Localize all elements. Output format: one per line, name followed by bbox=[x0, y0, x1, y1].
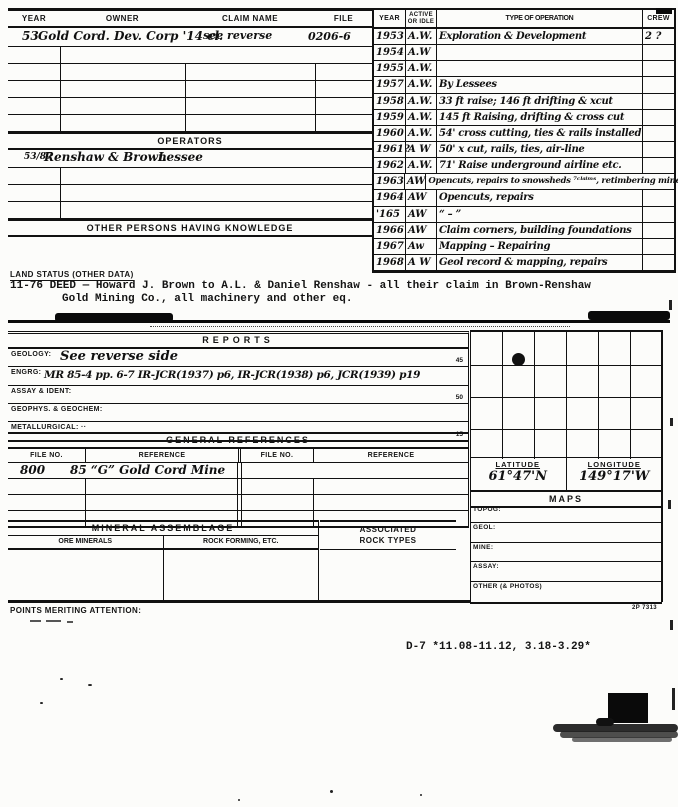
ops-row-1966: 1966 AW Claim corners, building foundati… bbox=[374, 223, 674, 239]
reference-empty-row bbox=[8, 479, 468, 495]
ops-row-1954: 1954 A.W bbox=[374, 45, 674, 61]
scan-artifact bbox=[150, 326, 570, 327]
file-no-header: FILE NO. bbox=[8, 449, 85, 462]
ops-operation: 50' x cut, rails, ties, air-line bbox=[437, 142, 642, 157]
ops-status: A.W bbox=[406, 45, 436, 60]
mineral-assemblage-headers: ORE MINERALS ROCK FORMING, ETC. bbox=[8, 535, 318, 550]
operator-name-value: Renshaw & Brown bbox=[44, 150, 167, 164]
general-references-section: GENERAL REFERENCES FILE NO. REFERENCE FI… bbox=[8, 432, 469, 528]
ops-operation: 33 ft raise; 146 ft drifting & xcut bbox=[437, 94, 642, 109]
scan-artifact bbox=[572, 737, 672, 742]
engrg-value: MR 85-4 pp. 6-7 IR-JCR(1937) p6, IR-JCR(… bbox=[44, 369, 420, 381]
operator-entry-row: 53/87 Renshaw & Brown Lessee bbox=[8, 150, 372, 168]
land-status-line1: 11-76 DEED — Howard J. Brown to A.L. & D… bbox=[10, 280, 591, 292]
year-col-header: YEAR bbox=[8, 14, 60, 23]
scan-artifact bbox=[608, 693, 648, 723]
owner-name-value: Gold Cord. Dev. Corp '14 cl. bbox=[38, 29, 223, 43]
operations-table-header: YEAR ACTIVE OR IDLE TYPE OF OPERATION CR… bbox=[374, 10, 674, 29]
scan-artifact bbox=[40, 702, 43, 704]
owner-empty-row bbox=[8, 98, 372, 115]
ops-operation: Exploration & Development bbox=[437, 29, 642, 44]
ops-year: 1963 bbox=[374, 174, 404, 189]
owner-col-header: OWNER bbox=[60, 14, 185, 23]
scan-artifact bbox=[46, 620, 61, 622]
file-no-header: FILE NO. bbox=[238, 449, 313, 462]
reference-header: REFERENCE bbox=[85, 449, 238, 462]
scan-artifact bbox=[670, 620, 673, 630]
operator-empty-row bbox=[8, 168, 372, 185]
ops-status: A W bbox=[406, 142, 436, 157]
scan-artifact bbox=[420, 794, 422, 796]
ops-year: 1959 bbox=[374, 110, 405, 125]
claim-col-header: CLAIM NAME bbox=[185, 14, 315, 23]
longitude-cell: LONGITUDE 149°17'W bbox=[566, 458, 663, 491]
scan-artifact bbox=[88, 684, 92, 686]
file-col-header: FILE bbox=[315, 14, 372, 23]
ops-row-1963: 1963 AW Opencuts, repairs to snowsheds ⁷… bbox=[374, 174, 674, 190]
reference-file-no-value: 800 bbox=[20, 463, 45, 477]
ops-row-1958: 1958 A.W. 33 ft raise; 146 ft drifting &… bbox=[374, 94, 674, 110]
map-row-other: OTHER (& PHOTOS) bbox=[470, 581, 662, 604]
ops-operation: 71' Raise underground airline etc. bbox=[437, 158, 642, 173]
ops-operation: By Lessees bbox=[437, 77, 642, 92]
ops-status: Aw bbox=[406, 239, 436, 254]
ops-type-header: TYPE OF OPERATION bbox=[506, 15, 574, 22]
map-row-geol: GEOL: bbox=[470, 522, 662, 543]
map-row-mine: MINE: bbox=[470, 542, 662, 562]
topog-label: TOPOG: bbox=[470, 504, 662, 513]
mineral-assemblage-body bbox=[8, 550, 318, 602]
section-divider bbox=[8, 600, 470, 603]
ops-status: AW bbox=[406, 190, 436, 205]
ops-row-1957: 1957 A.W. By Lessees bbox=[374, 77, 674, 93]
ops-year: 1968 bbox=[374, 255, 405, 270]
coordinates-section: LATITUDE 61°47'N LONGITUDE 149°17'W bbox=[470, 457, 662, 491]
ops-row-1961: 1961? A W 50' x cut, rails, ties, air-li… bbox=[374, 142, 674, 158]
map-row-topog: TOPOG: bbox=[470, 504, 662, 523]
scan-artifact bbox=[668, 500, 671, 509]
owner-entry-row: 53 Gold Cord. Dev. Corp '14 cl. see reve… bbox=[8, 28, 372, 47]
ops-row-1959: 1959 A.W. 145 ft Raising, drifting & cro… bbox=[374, 110, 674, 126]
associated-header-line1: ASSOCIATED bbox=[360, 525, 417, 534]
line-number: 50 bbox=[456, 394, 463, 401]
owner-empty-row bbox=[8, 115, 372, 133]
latitude-value: 61°47'N bbox=[470, 469, 566, 484]
ops-status: AW bbox=[406, 207, 436, 222]
ops-year: 1962 bbox=[374, 158, 405, 173]
ops-status: A.W. bbox=[406, 94, 436, 109]
mineral-assemblage-section: MINERAL ASSEMBLAGE ORE MINERALS ROCK FOR… bbox=[8, 520, 319, 602]
geol-label: GEOL: bbox=[470, 522, 662, 531]
scan-artifact bbox=[596, 718, 614, 726]
form-number: 2P 7313 bbox=[632, 605, 657, 611]
assay-label: ASSAY & IDENT: bbox=[11, 388, 71, 395]
reports-section: REPORTS GEOLOGY: See reverse side 45 ENG… bbox=[8, 331, 469, 442]
report-row-engrg: ENGRG: MR 85-4 pp. 6-7 IR-JCR(1937) p6, … bbox=[8, 367, 468, 386]
ops-year: 1960 bbox=[374, 126, 405, 141]
ops-operation: Opencuts, repairs bbox=[437, 190, 642, 205]
reports-title: REPORTS bbox=[8, 334, 468, 349]
mineral-assemblage-title: MINERAL ASSEMBLAGE bbox=[8, 522, 318, 535]
scan-artifact bbox=[8, 320, 670, 323]
ops-year: '165 bbox=[374, 207, 405, 222]
longitude-value: 149°17'W bbox=[567, 469, 663, 484]
ops-status: A.W. bbox=[406, 77, 436, 92]
claim-grid bbox=[470, 330, 662, 459]
ops-status: A.W. bbox=[406, 61, 436, 76]
points-meriting-attention-label: POINTS MERITING ATTENTION: bbox=[10, 606, 141, 615]
associated-header-line2: ROCK TYPES bbox=[359, 536, 416, 545]
ops-status: A.W. bbox=[406, 29, 436, 44]
scan-artifact bbox=[30, 620, 41, 622]
report-row-assay: ASSAY & IDENT: 50 bbox=[8, 386, 468, 404]
reference-header: REFERENCE bbox=[313, 449, 468, 462]
scan-artifact bbox=[669, 300, 672, 310]
ops-row-1960: 1960 A.W. 54' cross cutting, ties & rail… bbox=[374, 126, 674, 142]
ops-active-header-2: OR IDLE bbox=[408, 19, 434, 26]
ops-operation: 54' cross cutting, ties & rails installe… bbox=[437, 126, 642, 141]
ops-year: 1958 bbox=[374, 94, 405, 109]
assay-label: ASSAY: bbox=[470, 561, 662, 570]
ops-status: A.W. bbox=[406, 158, 436, 173]
scan-artifact bbox=[588, 311, 670, 320]
owner-empty-row bbox=[8, 47, 372, 64]
ops-operation: 145 ft Raising, drifting & cross cut bbox=[437, 110, 642, 125]
ops-status: A W bbox=[406, 255, 436, 270]
rock-forming-header: ROCK FORMING, ETC. bbox=[163, 536, 319, 548]
reference-empty-row bbox=[8, 495, 468, 511]
owner-table-header: YEAR OWNER CLAIM NAME FILE bbox=[8, 11, 372, 28]
longitude-label: LONGITUDE bbox=[567, 458, 663, 469]
ops-row-1967: 1967 Aw Mapping – Repairing bbox=[374, 239, 674, 255]
claim-name-value: see reverse bbox=[203, 29, 272, 42]
associated-rock-types-section: ASSOCIATED ROCK TYPES bbox=[320, 520, 456, 550]
ops-year: 1957 bbox=[374, 77, 405, 92]
ops-operation: Claim corners, building foundations bbox=[437, 223, 642, 238]
owner-empty-row bbox=[8, 64, 372, 81]
grid-mark-dot bbox=[512, 353, 525, 366]
metallurgical-label: METALLURGICAL: ·· bbox=[11, 424, 87, 431]
ops-operation: Geol record & mapping, repairs bbox=[437, 255, 642, 270]
ore-minerals-header: ORE MINERALS bbox=[8, 536, 163, 548]
ops-operation: Opencuts, repairs to snowsheds ⁷ᶜˡᵃⁱᵐˢ, … bbox=[426, 174, 678, 189]
geology-label: GEOLOGY: bbox=[11, 351, 51, 358]
ops-row-1965: '165 AW “ – ” bbox=[374, 207, 674, 223]
ops-operation: “ – ” bbox=[437, 207, 642, 222]
ops-year-header: YEAR bbox=[379, 15, 400, 22]
ops-crew: 2 ? bbox=[643, 29, 674, 44]
engrg-label: ENGRG: bbox=[11, 369, 41, 376]
ops-row-1955: 1955 A.W. bbox=[374, 61, 674, 77]
operator-empty-row bbox=[8, 185, 372, 202]
operations-table: YEAR ACTIVE OR IDLE TYPE OF OPERATION CR… bbox=[372, 8, 676, 273]
scan-artifact bbox=[60, 678, 63, 680]
latitude-cell: LATITUDE 61°47'N bbox=[470, 458, 566, 491]
owner-empty-row bbox=[8, 81, 372, 98]
ops-active-header-1: ACTIVE bbox=[409, 12, 433, 19]
scan-artifact bbox=[67, 621, 73, 623]
ops-status: AW bbox=[406, 223, 436, 238]
other-persons-header: OTHER PERSONS HAVING KNOWLEDGE bbox=[8, 220, 372, 237]
line-number: 45 bbox=[456, 357, 463, 364]
ops-row-1964: 1964 AW Opencuts, repairs bbox=[374, 190, 674, 206]
scan-artifact bbox=[670, 418, 673, 426]
latitude-label: LATITUDE bbox=[470, 458, 566, 469]
scan-artifact bbox=[672, 688, 675, 710]
ops-operation: Mapping – Repairing bbox=[437, 239, 642, 254]
reference-entry-row: 800 85 “G” Gold Cord Mine bbox=[8, 463, 468, 479]
ops-row-1953: 1953 A.W. Exploration & Development 2 ? bbox=[374, 29, 674, 45]
file-value: 0206-6 bbox=[308, 30, 351, 43]
other-photos-label: OTHER (& PHOTOS) bbox=[470, 581, 662, 590]
footer-reference-note: D-7 *11.08-11.12, 3.18-3.29* bbox=[406, 641, 591, 653]
geophys-label: GEOPHYS. & GEOCHEM: bbox=[11, 406, 103, 413]
ops-row-1968: 1968 A W Geol record & mapping, repairs bbox=[374, 255, 674, 270]
ops-year: 1966 bbox=[374, 223, 405, 238]
geology-value: See reverse side bbox=[60, 349, 178, 364]
ops-status: A.W. bbox=[406, 110, 436, 125]
operator-empty-row bbox=[8, 202, 372, 220]
mine-label: MINE: bbox=[470, 542, 662, 551]
scan-artifact bbox=[330, 790, 333, 793]
mining-record-card: YEAR OWNER CLAIM NAME FILE 53 Gold Cord.… bbox=[0, 0, 678, 807]
report-row-geophys: GEOPHYS. & GEOCHEM: bbox=[8, 404, 468, 422]
operator-role-value: Lessee bbox=[158, 150, 203, 164]
general-references-title: GENERAL REFERENCES bbox=[8, 434, 468, 449]
ops-year: 1955 bbox=[374, 61, 405, 76]
scan-artifact bbox=[238, 799, 240, 801]
ops-year: 1964 bbox=[374, 190, 405, 205]
owner-year-value: 53 bbox=[22, 29, 39, 43]
ops-year: 1954 bbox=[374, 45, 405, 60]
reference-value: 85 “G” Gold Cord Mine bbox=[70, 463, 225, 477]
ops-status: AW bbox=[405, 174, 426, 189]
ops-year: 1953 bbox=[374, 29, 405, 44]
ops-year: 1967 bbox=[374, 239, 405, 254]
scan-artifact bbox=[656, 8, 672, 14]
report-row-geology: GEOLOGY: See reverse side 45 bbox=[8, 349, 468, 367]
general-references-header: FILE NO. REFERENCE FILE NO. REFERENCE bbox=[8, 449, 468, 463]
ops-crew-header: CREW bbox=[647, 15, 670, 22]
ops-status: A.W. bbox=[406, 126, 436, 141]
ops-row-1962: 1962 A.W. 71' Raise underground airline … bbox=[374, 158, 674, 174]
map-row-assay: ASSAY: bbox=[470, 561, 662, 582]
ops-year: 1961? bbox=[374, 142, 405, 157]
owner-table: YEAR OWNER CLAIM NAME FILE 53 Gold Cord.… bbox=[8, 8, 372, 237]
operators-section-header: OPERATORS bbox=[8, 133, 372, 150]
land-status-line2: Gold Mining Co., all machinery and other… bbox=[62, 293, 352, 305]
